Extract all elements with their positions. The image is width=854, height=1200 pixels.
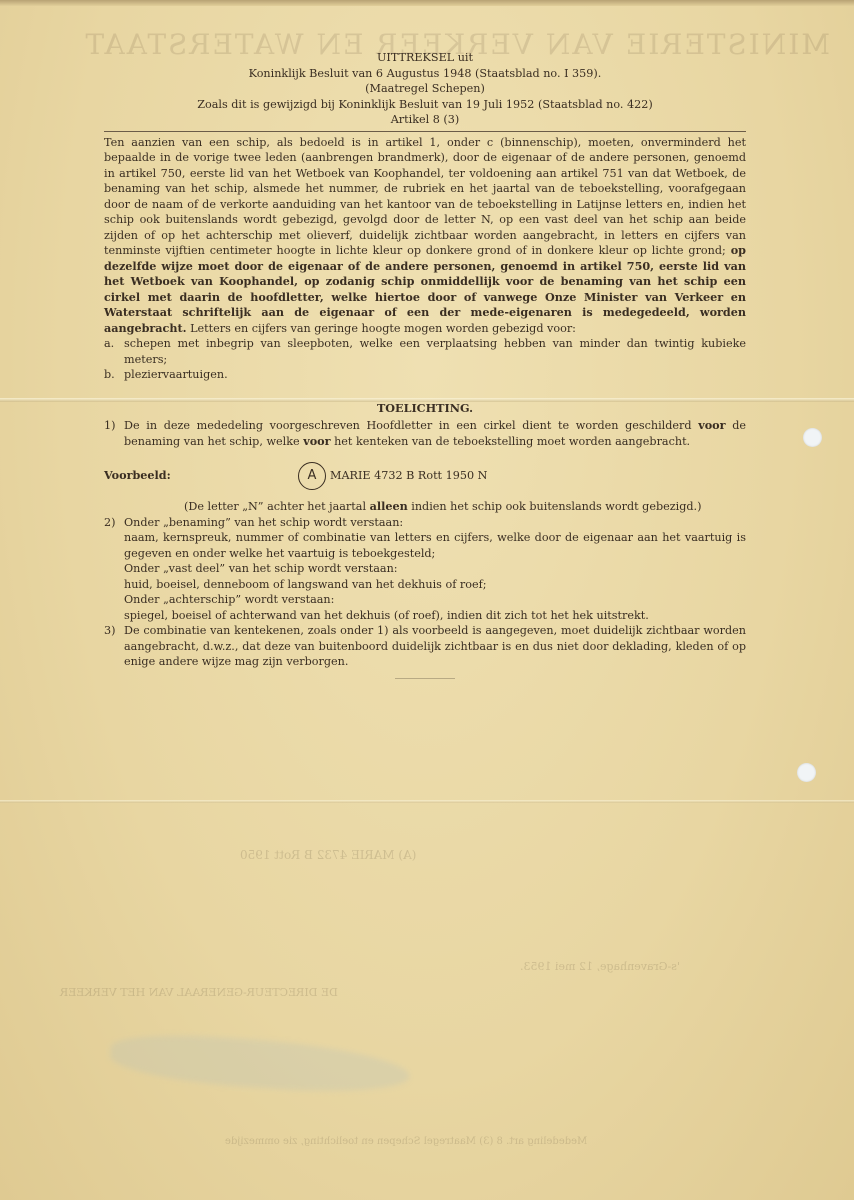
definition-heading: Onder „achterschip” wordt verstaan: xyxy=(124,592,746,608)
punch-hole xyxy=(797,763,816,782)
bleed-through-footer: Mededeling art. 8 (3) Maatregel Schepen … xyxy=(225,1136,587,1147)
list-text: schepen met inbegrip van sleepboten, wel… xyxy=(124,336,746,367)
list-marker: 1) xyxy=(104,418,124,449)
signature-smudge xyxy=(109,1030,412,1099)
example-registration-mark: MARIE 4732 B Rott 1950 N xyxy=(330,468,487,484)
document-heading: UITTREKSEL uit Koninklijk Besluit van 6 … xyxy=(104,50,746,128)
list-text: Onder „benaming” van het schip wordt ver… xyxy=(124,515,746,624)
list-marker: b. xyxy=(104,367,124,383)
end-divider xyxy=(395,678,455,679)
list-item-b: b. pleziervaartuigen. xyxy=(104,367,746,383)
article-tail-text: Letters en cijfers van geringe hoogte mo… xyxy=(187,322,576,335)
list-marker: 2) xyxy=(104,515,124,624)
list-marker: 3) xyxy=(104,623,124,670)
definition-heading: Onder „benaming” van het schip wordt ver… xyxy=(124,515,746,531)
example-note: (De letter „N” achter het jaartal alleen… xyxy=(104,499,746,515)
circled-letter-icon: A xyxy=(298,462,326,490)
list-text: De combinatie van kentekenen, zoals onde… xyxy=(124,623,746,670)
bleed-through-example: (A) MARIE 4732 B Rott 1950 xyxy=(240,848,416,862)
bleed-through-date: 's-Gravenhage, 12 mei 1953. xyxy=(520,960,680,973)
article-paragraph: Ten aanzien van een schip, als bedoeld i… xyxy=(104,135,746,337)
heading-decree: Koninklijk Besluit van 6 Augustus 1948 (… xyxy=(104,66,746,82)
definition-text: naam, kernspreuk, nummer of combinatie v… xyxy=(124,530,746,561)
list-text: De in deze mededeling voorgeschreven Hoo… xyxy=(124,418,746,449)
toelichting-title: TOELICHTING. xyxy=(104,401,746,417)
example-label: Voorbeeld: xyxy=(104,468,298,484)
definition-text: huid, boeisel, denneboom of langswand va… xyxy=(124,577,746,593)
heading-measure: (Maatregel Schepen) xyxy=(104,81,746,97)
example-row: Voorbeeld: A MARIE 4732 B Rott 1950 N xyxy=(104,461,746,491)
heading-divider xyxy=(104,131,746,132)
list-marker: a. xyxy=(104,336,124,367)
heading-article: Artikel 8 (3) xyxy=(104,112,746,128)
definition-text: spiegel, boeisel of achterwand van het d… xyxy=(124,608,746,624)
document-body: UITTREKSEL uit Koninklijk Besluit van 6 … xyxy=(104,50,746,679)
toelichting-item-2: 2) Onder „benaming” van het schip wordt … xyxy=(104,515,746,624)
list-item-a: a. schepen met inbegrip van sleepboten, … xyxy=(104,336,746,367)
definition-heading: Onder „vast deel” van het schip wordt ve… xyxy=(124,561,746,577)
heading-title: UITTREKSEL uit xyxy=(104,50,746,66)
toelichting-item-3: 3) De combinatie van kentekenen, zoals o… xyxy=(104,623,746,670)
article-text: Ten aanzien van een schip, als bedoeld i… xyxy=(104,136,746,258)
bleed-through-signatory: DE DIRECTEUR-GENERAAL VAN HET VERKEER xyxy=(60,986,338,999)
punch-hole xyxy=(803,428,822,447)
list-text: pleziervaartuigen. xyxy=(124,367,746,383)
toelichting-item-1: 1) De in deze mededeling voorgeschreven … xyxy=(104,418,746,449)
heading-amendment: Zoals dit is gewijzigd bij Koninklijk Be… xyxy=(104,97,746,113)
paper-fold xyxy=(0,800,854,803)
document-page: MINISTERIE VAN VERKEER EN WATERSTAAT (A)… xyxy=(0,0,854,1200)
